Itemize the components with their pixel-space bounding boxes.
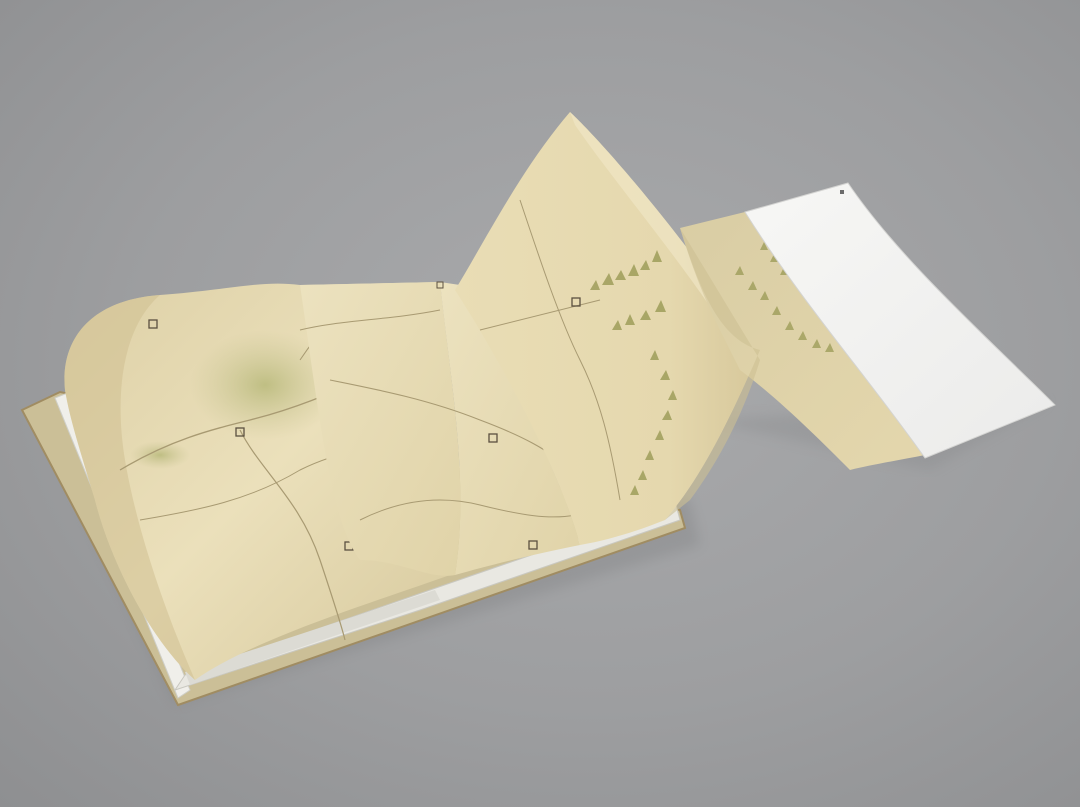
book-illustration bbox=[0, 0, 1080, 807]
photo-scene bbox=[0, 0, 1080, 807]
